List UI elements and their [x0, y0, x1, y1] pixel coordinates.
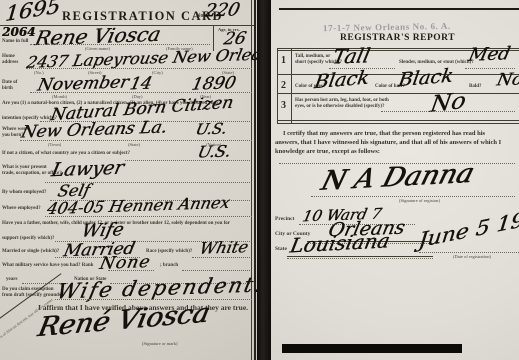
disabled-value: No [428, 88, 467, 118]
certification-line-2: answers, that I have witnessed his signa… [275, 139, 501, 146]
card-top-edge [279, 8, 519, 10]
registration-card: 1695 REGISTRATION CARD No. 220 2064 Name… [0, 0, 257, 360]
marital-label: Married or single (which)? [2, 249, 59, 255]
row1-underline-b [465, 68, 515, 69]
row1-number: 1 [281, 55, 286, 66]
address-sub-no: (No.) [34, 70, 44, 75]
military-label: What military service have you had? Rank [2, 263, 93, 269]
row3-number: 3 [281, 100, 286, 111]
row2-number: 2 [281, 80, 286, 91]
registrars-report-card: 17-1-7 New Orleans No. 6. A. REGISTRAR'S… [271, 0, 519, 360]
row2-separator [277, 93, 519, 94]
build-girth-value: Med [467, 43, 512, 65]
stamp-serial-number: 2064 [2, 25, 35, 39]
foreign-citizen-value: U.S. [196, 141, 233, 161]
report-box-bottom-2 [277, 123, 519, 124]
report-box-bottom-1 [277, 120, 519, 121]
military-branch-underline [182, 270, 250, 271]
military-rank-underline [108, 270, 154, 271]
disabled-label-2: eyes, or is he otherwise disabled (speci… [295, 104, 384, 110]
precinct-label: Precinct [275, 216, 294, 223]
birth-sub-month: (Month) [52, 94, 67, 99]
scanned-draft-card-page: 1695 REGISTRATION CARD No. 220 2064 Name… [0, 0, 519, 360]
state-value: Louisiana [288, 228, 392, 257]
registrar-signature-caption: (Signature of registrar) [399, 198, 440, 203]
bald-label: Bald? [469, 84, 482, 90]
exemption-underline [55, 299, 252, 300]
row3-underline [381, 111, 515, 112]
state-underline-2 [287, 258, 433, 259]
employer-label: By whom employed? [2, 190, 46, 196]
signature-caption: (Signature or mark) [142, 341, 178, 346]
state-underline-1 [287, 256, 433, 257]
number-column-rule [291, 48, 292, 123]
address-label: Home address [2, 54, 26, 67]
row1-separator [277, 74, 519, 75]
name-label: Name in full [2, 39, 28, 45]
certification-line-1: I certify that my answers are true, that… [283, 130, 485, 137]
precinct-stamp: 17-1-7 New Orleans No. 6. A. [323, 21, 451, 33]
card-number: 220 [203, 0, 242, 22]
race-value: White [198, 237, 250, 258]
birthplace-underline [20, 140, 252, 141]
birthplace-value: New Orleans La. [19, 117, 169, 142]
dependents-value: Wife [80, 219, 126, 241]
military-years-label: years [6, 277, 17, 283]
registration-date-value: June 5 19 [417, 208, 519, 253]
birth-label: Date of birth [2, 80, 28, 93]
dependents-label-2: support (specify which)? [2, 236, 55, 242]
date-underline [419, 252, 519, 253]
eyes-value: Black [313, 67, 371, 94]
foreign-citizen-underline [125, 160, 250, 161]
registrar-signature-line [311, 196, 515, 197]
address-underline [26, 68, 252, 69]
build-height-value: Tall [330, 43, 372, 68]
bottom-scan-bar [282, 344, 462, 353]
date-caption: (Date of registration) [453, 254, 491, 259]
certification-line-3: knowledge are true, except as follows: [275, 148, 380, 155]
report-box-left [277, 48, 278, 123]
employed-where-underline [45, 216, 252, 217]
name-underline [30, 44, 210, 45]
race-underline [192, 257, 250, 258]
bald-value: No [495, 70, 519, 91]
race-label: Race (specify which)? [146, 249, 192, 255]
pen-serial-number: 1695 [4, 0, 61, 26]
birthplace-nation-value: U.S. [194, 119, 229, 138]
card-edge-gutter [257, 0, 271, 360]
report-title: REGISTRAR'S REPORT [340, 33, 455, 43]
trade-value: Lawyer [49, 157, 126, 181]
birthplace-sub-state: (State) [128, 142, 140, 147]
state-label: State [275, 246, 287, 253]
military-branch-label: ; branch [160, 263, 178, 269]
birthplace-sub-town: (Town) [48, 142, 61, 147]
hair-value: Black [397, 65, 455, 92]
employed-where-label: Where employed? [2, 206, 41, 212]
